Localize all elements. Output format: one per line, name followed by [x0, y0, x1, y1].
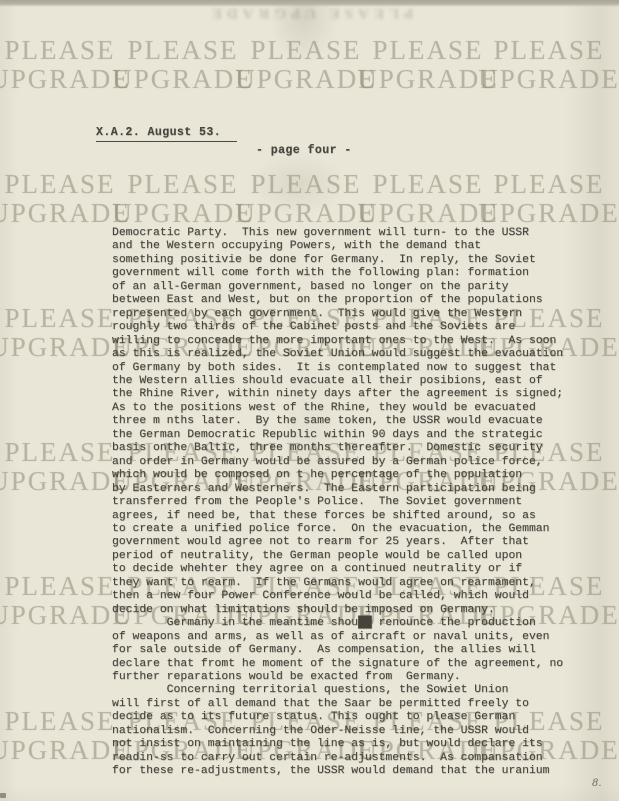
watermark-text: PLEASEUPGRADE: [112, 170, 254, 227]
watermark-text: PLEASEUPGRADE: [112, 36, 254, 93]
page-label: - page four -: [256, 144, 352, 157]
document-reference: X.A.2. August 53.: [96, 126, 237, 142]
watermark-text: PLEASEUPGRADE: [0, 170, 131, 227]
watermark-text: PLEASEUPGRADE: [478, 170, 619, 227]
watermark-text: PLEASEUPGRADE: [0, 36, 131, 93]
document-page: PLEASE UPGRADE PLEASEUPGRADEPLEASEUPGRAD…: [0, 0, 619, 801]
document-body: Democratic Party. This new government wi…: [112, 227, 563, 779]
page-number: 8.: [592, 778, 602, 789]
watermark-text: PLEASEUPGRADE: [235, 170, 377, 227]
scan-speck: [0, 793, 6, 798]
watermark-text: PLEASEUPGRADE: [478, 36, 619, 93]
watermark-text: PLEASEUPGRADE: [235, 36, 377, 93]
